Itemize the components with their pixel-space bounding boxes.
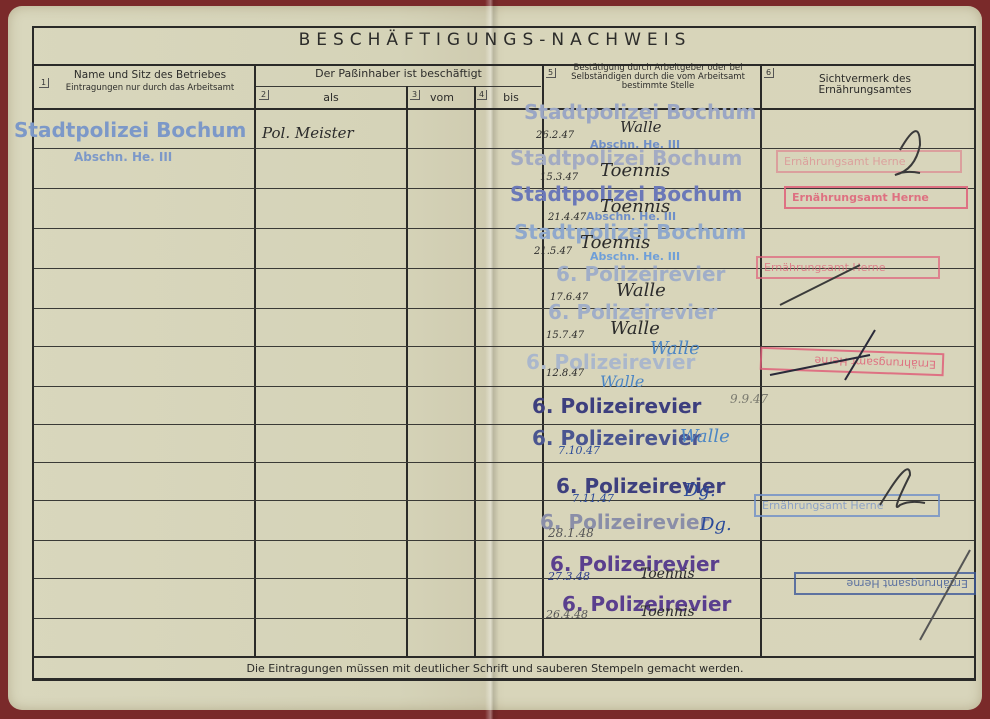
confirmation-date: 26.2.47 [536,130,574,141]
confirmation-date: 7.10.47 [558,444,600,457]
confirmation-signature: Toennis [640,566,695,582]
confirmation-date: 21.5.47 [534,246,572,257]
header-top-line [34,64,974,66]
footer-note: Die Eintragungen müssen mit deutlicher S… [0,662,990,675]
position-handwritten: Pol. Meister [262,124,354,142]
confirmation-signature: Dg. [684,480,716,501]
confirmation-signature: Toennis [600,160,670,181]
col-header-5: Bestätigung durch Arbeitgeber oder bei S… [560,64,756,91]
col-divider-1 [254,64,256,658]
form-frame-bottom [32,678,976,681]
col-number-5: 5 [546,68,556,78]
col-subheader-1: Eintragungen nur durch das Arbeitsamt [60,84,240,93]
col-header-als: als [256,92,406,104]
confirmation-signature: Toennis [580,232,650,253]
initial-marks-icon [750,110,990,650]
document-title: BESCHÄFTIGUNGS-NACHWEIS [0,30,990,50]
col-number-6: 6 [764,68,774,78]
confirmation-date: 28.1.48 [548,526,594,540]
employer-stamp-sub: Abschn. He. III [74,150,172,164]
confirmation-date: 7.11.47 [572,492,614,505]
confirmation-signature: Toennis [640,604,695,620]
confirmation-date: 15.7.47 [546,330,584,341]
col-divider-3 [474,86,476,658]
confirmation-signature: Walle [610,318,660,339]
col-divider-2 [406,86,408,658]
confirmation-date: 12.8.47 [546,368,584,379]
confirmation-stamp: 6. Polizeirevier [532,394,701,418]
col-header-1: Name und Sitz des Betriebes [50,70,250,81]
confirmation-date: 27.3.48 [548,570,590,583]
col-header-6: Sichtvermerk des Ernährungsamtes [790,74,940,96]
col-group-header: Der Paßinhaber ist beschäftigt [256,68,541,80]
col-number-1: 1 [39,78,49,88]
confirmation-signature: Walle [600,372,644,391]
confirmation-date: 26.4.48 [546,608,588,621]
confirmation-signature: Walle [680,426,730,447]
col-header-vom: vom [410,92,474,104]
confirmation-signature: Walle [620,118,662,136]
confirmation-signature: Walle [616,280,666,301]
confirmation-signature: Toennis [600,196,670,217]
header-sub-line [256,86,541,87]
confirmation-signature: Dg. [700,514,732,535]
employer-stamp: Stadtpolizei Bochum [14,118,246,142]
confirmation-signature: Walle [650,338,700,359]
